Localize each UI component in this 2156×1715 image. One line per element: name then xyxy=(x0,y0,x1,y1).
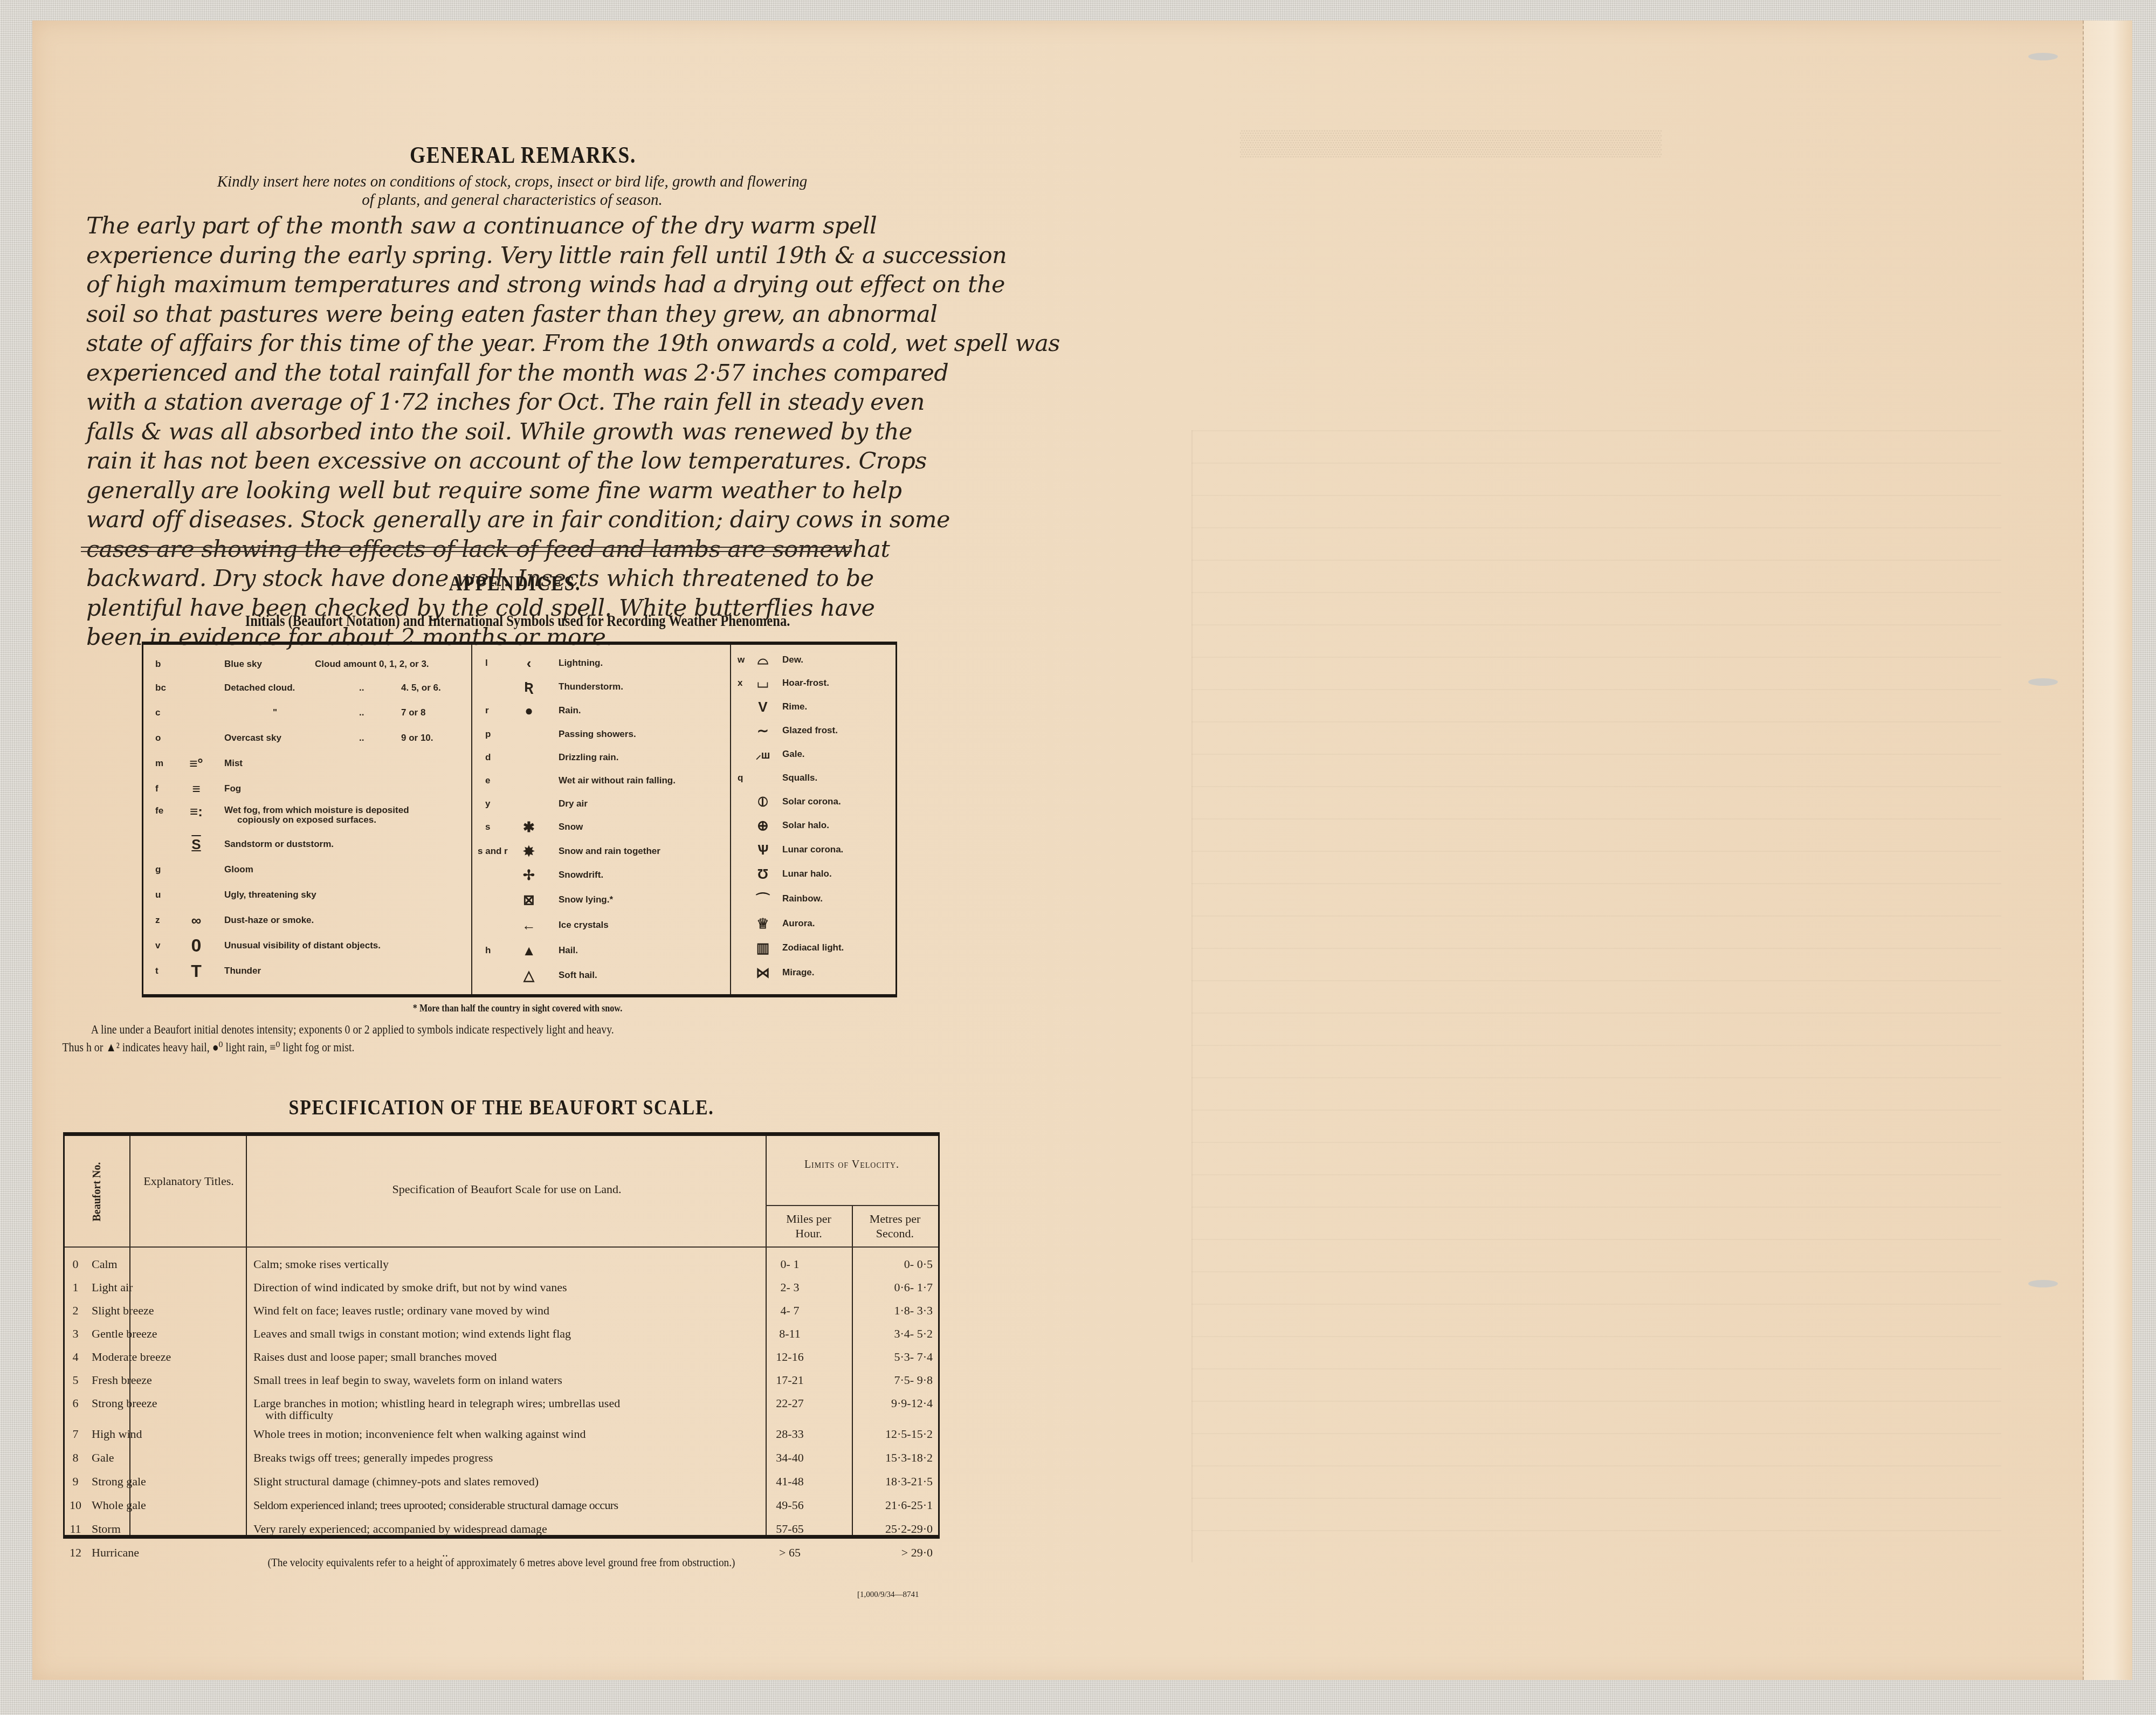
symbol-initial: v xyxy=(155,940,160,951)
remarks-line: soil so that pastures were being eaten f… xyxy=(86,300,1100,329)
symbol-row: q Squalls. xyxy=(731,767,895,789)
beaufort-ms: 1·8- 3·3 xyxy=(836,1304,933,1318)
beaufort-ms: 3·4- 5·2 xyxy=(836,1327,933,1341)
remarks-line: The early part of the month saw a contin… xyxy=(86,211,1100,241)
beaufort-spec: Direction of wind indicated by smoke dri… xyxy=(253,1280,567,1294)
perforated-edge xyxy=(2083,20,2132,1680)
thunderstorm-icon: Ʀ xyxy=(515,679,542,695)
symbol-row: y Dry air xyxy=(472,793,731,815)
symbol-desc: Sandstorm or duststorm. xyxy=(224,839,334,850)
beaufort-number: 12 xyxy=(65,1546,86,1560)
symbol-row: u Ugly, threatening sky xyxy=(143,884,471,906)
beaufort-title-cell: Slight breeze xyxy=(92,1304,154,1318)
beaufort-mph: 34-40 xyxy=(755,1451,825,1465)
remarks-line: falls & was all absorbed into the soil. … xyxy=(86,417,1100,447)
symbol-row: ▥ Zodiacal light. xyxy=(731,937,895,959)
beaufort-mph: 22-27 xyxy=(755,1396,825,1410)
symbol-initial: s and r xyxy=(478,846,508,857)
symbol-row: e Wet air without rain falling. xyxy=(472,770,731,791)
symbol-initial: fe xyxy=(155,805,163,816)
symbol-row: h ▲ Hail. xyxy=(472,940,731,961)
symbol-initial: d xyxy=(485,752,491,763)
beaufort-title-cell: High wind xyxy=(92,1427,142,1441)
symbol-desc: Dust-haze or smoke. xyxy=(224,915,314,926)
mist-icon: ≡° xyxy=(180,755,212,772)
symbol-initial: t xyxy=(155,966,159,976)
rime-icon: V xyxy=(749,699,776,715)
ice-crystals-icon: ← xyxy=(515,917,542,934)
beaufort-title-cell: Storm xyxy=(92,1522,121,1536)
beaufort-row: 3 Gentle breeze Leaves and small twigs i… xyxy=(65,1327,938,1351)
symbol-desc: Solar halo. xyxy=(782,820,829,831)
header-explanatory-titles: Explanatory Titles. xyxy=(143,1174,235,1188)
symbol-initial: w xyxy=(738,655,745,665)
symbol-row: z ∞ Dust-haze or smoke. xyxy=(143,910,471,931)
beaufort-ms: 12·5-15·2 xyxy=(836,1427,933,1441)
symbol-row: △ Soft hail. xyxy=(472,965,731,986)
general-remarks-title: GENERAL REMARKS. xyxy=(317,141,729,169)
symbol-desc: Snow lying.* xyxy=(559,894,613,905)
beaufort-row: 4 Moderate breeze Raises dust and loose … xyxy=(65,1350,938,1374)
beaufort-ms: 7·5- 9·8 xyxy=(836,1373,933,1387)
symbol-desc: Glazed frost. xyxy=(782,725,838,736)
symbol-desc: Snow xyxy=(559,822,583,832)
symbol-desc: Passing showers. xyxy=(559,729,636,740)
header-divider xyxy=(65,1246,938,1248)
beaufort-spec: Calm; smoke rises vertically xyxy=(253,1257,389,1271)
symbol-desc: Lunar halo. xyxy=(782,869,832,879)
ditto-mark: .. xyxy=(359,733,364,743)
symbol-initial: q xyxy=(738,773,743,783)
symbol-row: ♕ Aurora. xyxy=(731,913,895,934)
ditto-mark: .. xyxy=(359,707,364,718)
beaufort-ms: 18·3-21·5 xyxy=(836,1475,933,1489)
intensity-note-line1: A line under a Beaufort initial denotes … xyxy=(54,1023,614,1036)
remarks-line: experience during the early spring. Very… xyxy=(86,241,1100,271)
hail-icon: ▲ xyxy=(515,942,542,959)
symbol-desc: Thunder xyxy=(224,966,261,976)
solar-corona-icon: ⦶ xyxy=(749,793,776,810)
weather-symbols-table: b Blue sky Cloud amount 0, 1, 2, or 3. b… xyxy=(142,642,897,997)
symbol-row: x ⌴ Hoar-frost. xyxy=(731,672,895,694)
thunder-icon: T xyxy=(180,961,212,981)
symbol-desc: Dry air xyxy=(559,798,588,809)
symbol-row: ⊕ Solar halo. xyxy=(731,815,895,836)
beaufort-spec: Seldom experienced inland; trees uproote… xyxy=(253,1498,618,1512)
beaufort-row: 6 Strong breeze Large branches in motion… xyxy=(65,1396,938,1430)
visibility-icon: 0 xyxy=(180,935,212,956)
snow-rain-icon: ✸ xyxy=(515,843,542,860)
beaufort-spec: Very rarely experienced; accompanied by … xyxy=(253,1522,547,1536)
symbol-desc: Zodiacal light. xyxy=(782,942,844,953)
remarks-line: state of affairs for this time of the ye… xyxy=(86,329,1100,359)
beaufort-mph: 12-16 xyxy=(755,1350,825,1364)
remarks-line: experienced and the total rainfall for t… xyxy=(86,359,1100,388)
print-code: [1,000/9/34—8741 xyxy=(857,1590,919,1600)
intensity-note: A line under a Beaufort initial denotes … xyxy=(54,1021,842,1056)
dust-haze-icon: ∞ xyxy=(180,912,212,929)
symbol-initial: o xyxy=(155,733,161,743)
beaufort-spec: Whole trees in motion; inconvenience fel… xyxy=(253,1427,586,1441)
punch-hole xyxy=(2028,1280,2058,1287)
symbol-desc: Mist xyxy=(224,758,243,769)
cloud-amount-label: Cloud amount 0, 1, 2, or 3. xyxy=(315,659,429,670)
beaufort-mph: 17-21 xyxy=(755,1373,825,1387)
beaufort-ms: 5·3- 7·4 xyxy=(836,1350,933,1364)
beaufort-spec: Small trees in leaf begin to sway, wavel… xyxy=(253,1373,562,1387)
punch-hole xyxy=(2028,678,2058,686)
symbol-desc: Rime. xyxy=(782,701,807,712)
header-ms: Metres per Second. xyxy=(857,1211,933,1241)
symbol-row: f ≡ Fog xyxy=(143,778,471,800)
beaufort-number: 11 xyxy=(65,1522,86,1536)
rain-icon: ● xyxy=(515,702,542,719)
aurora-icon: ♕ xyxy=(749,915,776,932)
beaufort-number: 9 xyxy=(65,1475,86,1489)
beaufort-table: Beaufort No. Explanatory Titles. Specifi… xyxy=(63,1132,940,1539)
bleed-through-heading: ▒▒▒▒▒▒▒▒▒▒▒▒▒▒▒▒▒▒▒▒▒▒▒▒ xyxy=(1240,128,1662,157)
symbol-desc: Snow and rain together xyxy=(559,846,660,857)
symbol-desc: Rainbow. xyxy=(782,893,823,904)
beaufort-mph: 8-11 xyxy=(755,1327,825,1341)
symbol-desc: Hail. xyxy=(559,945,578,956)
symbol-desc: Thunderstorm. xyxy=(559,681,623,692)
snowdrift-icon: ✢ xyxy=(515,867,542,884)
header-beaufort-no: Beaufort No. xyxy=(90,1149,105,1235)
beaufort-ms: 0- 0·5 xyxy=(836,1257,933,1271)
mirage-icon: ⋈ xyxy=(749,965,776,981)
header-limits-of-velocity: Limits of Velocity. xyxy=(766,1158,938,1172)
symbol-row: bc Detached cloud. .. 4. 5, or 6. xyxy=(143,677,471,699)
symbol-desc: Detached cloud. xyxy=(224,683,295,693)
symbol-row: ∼ Glazed frost. xyxy=(731,720,895,741)
symbol-row: g Gloom xyxy=(143,859,471,880)
symbol-row: Ʊ Lunar halo. xyxy=(731,863,895,885)
symbol-row: c " .. 7 or 8 xyxy=(143,702,471,724)
beaufort-number: 3 xyxy=(65,1327,86,1341)
beaufort-spec: Slight structural damage (chimney-pots a… xyxy=(253,1475,539,1489)
symbol-initial: b xyxy=(155,659,161,670)
symbol-row: s ✱ Snow xyxy=(472,816,731,838)
symbol-initial: x xyxy=(738,678,742,688)
symbol-row: d Drizzling rain. xyxy=(472,747,731,768)
intensity-note-line2: Thus h or ▲² indicates heavy hail, ●⁰ li… xyxy=(54,1041,354,1054)
symbol-row: ⊠ Snow lying.* xyxy=(472,889,731,911)
beaufort-number: 4 xyxy=(65,1350,86,1364)
beaufort-title-cell: Strong breeze xyxy=(92,1396,157,1410)
symbol-row: p Passing showers. xyxy=(472,724,731,745)
beaufort-title-cell: Gentle breeze xyxy=(92,1327,157,1341)
beaufort-title-cell: Hurricane xyxy=(92,1546,139,1560)
cloud-amount: 7 or 8 xyxy=(401,707,425,718)
symbol-row: v 0 Unusual visibility of distant object… xyxy=(143,935,471,956)
beaufort-mph: 57-65 xyxy=(755,1522,825,1536)
instruction-line-2: of plants, and general characteristics o… xyxy=(362,191,662,209)
symbol-initial: l xyxy=(485,658,488,669)
beaufort-number: 0 xyxy=(65,1257,86,1271)
symbol-desc: Gale. xyxy=(782,749,805,760)
symbol-initial: m xyxy=(155,758,163,769)
symbol-desc: Ugly, threatening sky xyxy=(224,890,316,900)
general-remarks-instruction: Kindly insert here notes on conditions o… xyxy=(108,173,917,209)
symbol-desc: Blue sky xyxy=(224,659,262,670)
solar-halo-icon: ⊕ xyxy=(749,817,776,834)
snow-lying-icon: ⊠ xyxy=(515,892,542,908)
beaufort-ms: 0·6- 1·7 xyxy=(836,1280,933,1294)
snow-icon: ✱ xyxy=(515,819,542,836)
remarks-line: ward off diseases. Stock generally are i… xyxy=(86,505,1100,535)
instruction-line-1: Kindly insert here notes on conditions o… xyxy=(217,173,807,190)
symbol-desc: Ice crystals xyxy=(559,920,609,931)
symbol-row: ⋈ Mirage. xyxy=(731,962,895,983)
beaufort-row: 0 Calm Calm; smoke rises vertically 0- 1… xyxy=(65,1257,938,1281)
symbol-row: r ● Rain. xyxy=(472,700,731,721)
symbol-initial: r xyxy=(485,705,489,716)
beaufort-number: 7 xyxy=(65,1427,86,1441)
symbol-desc: Lightning. xyxy=(559,658,603,669)
symbol-desc-line1: Wet fog, from which moisture is deposite… xyxy=(224,805,409,815)
beaufort-spec: Leaves and small twigs in constant motio… xyxy=(253,1327,571,1341)
remarks-line: generally are looking well but require s… xyxy=(86,476,1100,506)
remarks-line: of high maximum temperatures and strong … xyxy=(86,270,1100,300)
beaufort-ms: 25·2-29·0 xyxy=(836,1522,933,1536)
header-mph: Miles per Hour. xyxy=(776,1211,841,1241)
symbol-row: Ʀ Thunderstorm. xyxy=(472,676,731,698)
symbol-desc: Overcast sky xyxy=(224,733,281,743)
beaufort-row: 1 Light air Direction of wind indicated … xyxy=(65,1280,938,1304)
symbol-desc: Rain. xyxy=(559,705,581,716)
symbols-column-1: b Blue sky Cloud amount 0, 1, 2, or 3. b… xyxy=(143,645,471,994)
symbol-row: o Overcast sky .. 9 or 10. xyxy=(143,727,471,749)
symbol-desc: Snowdrift. xyxy=(559,870,603,880)
lunar-corona-icon: Ѱ xyxy=(749,842,776,858)
glazed-frost-icon: ∼ xyxy=(749,722,776,739)
beaufort-title-cell: Strong gale xyxy=(92,1475,146,1489)
symbol-initial: s xyxy=(485,822,490,832)
lightning-icon: ‹ xyxy=(515,655,542,672)
symbol-row: m ≡° Mist xyxy=(143,753,471,774)
beaufort-title-cell: Gale xyxy=(92,1451,114,1465)
beaufort-row: 7 High wind Whole trees in motion; incon… xyxy=(65,1427,938,1451)
hoar-frost-icon: ⌴ xyxy=(749,674,776,692)
symbol-row: w ⌓ Dew. xyxy=(731,649,895,671)
beaufort-number: 10 xyxy=(65,1498,86,1512)
symbol-initial: e xyxy=(485,775,490,786)
symbol-row: t T Thunder xyxy=(143,960,471,982)
symbol-initial: h xyxy=(485,945,491,956)
symbol-row: ⦶ Solar corona. xyxy=(731,791,895,812)
wet-fog-icon: ≡: xyxy=(180,803,212,820)
symbols-column-2: l ‹ Lightning. Ʀ Thunderstorm. r ● Rain.… xyxy=(471,645,731,994)
snow-footnote: * More than half the country in sight co… xyxy=(307,1003,728,1015)
remarks-line: with a station average of 1·72 inches fo… xyxy=(86,388,1100,417)
beaufort-title: SPECIFICATION OF THE BEAUFORT SCALE. xyxy=(226,1094,776,1120)
symbol-initial: c xyxy=(155,707,160,718)
beaufort-title-cell: Whole gale xyxy=(92,1498,146,1512)
symbol-row: ✢ Snowdrift. xyxy=(472,864,731,886)
punch-hole xyxy=(2028,53,2058,60)
symbol-desc: Mirage. xyxy=(782,967,815,978)
symbol-desc: Drizzling rain. xyxy=(559,752,618,763)
beaufort-row: 11 Storm Very rarely experienced; accomp… xyxy=(65,1522,938,1546)
beaufort-spec: Raises dust and loose paper; small branc… xyxy=(253,1350,497,1364)
beaufort-mph: 28-33 xyxy=(755,1427,825,1441)
beaufort-spec: Wind felt on face; leaves rustle; ordina… xyxy=(253,1304,549,1318)
symbol-desc: Hoar-frost. xyxy=(782,678,829,688)
beaufort-mph: 2- 3 xyxy=(755,1280,825,1294)
appendices-title: APPENDICES. xyxy=(366,570,664,596)
beaufort-title-cell: Moderate breeze xyxy=(92,1350,171,1364)
symbol-row: ⸝ш Gale. xyxy=(731,743,895,765)
bleed-through-table xyxy=(1191,430,2001,1562)
symbol-initial: f xyxy=(155,783,159,794)
symbol-desc-line2: copiously on exposed surfaces. xyxy=(224,815,376,825)
ditto-mark: .. xyxy=(359,683,364,693)
symbol-row: fe ≡: Wet fog, from which moisture is de… xyxy=(143,803,471,831)
symbol-desc: Squalls. xyxy=(782,773,817,783)
beaufort-row: 9 Strong gale Slight structural damage (… xyxy=(65,1475,938,1498)
symbol-desc: Soft hail. xyxy=(559,970,597,981)
symbol-desc: Dew. xyxy=(782,655,803,665)
beaufort-mph: 4- 7 xyxy=(755,1304,825,1318)
symbols-column-3: w ⌓ Dew. x ⌴ Hoar-frost. V Rime. ∼ Glaze… xyxy=(730,645,895,994)
beaufort-row: 8 Gale Breaks twigs off trees; generally… xyxy=(65,1451,938,1475)
symbol-desc: Fog xyxy=(224,783,241,794)
beaufort-title-cell: Fresh breeze xyxy=(92,1373,152,1387)
beaufort-title-cell: Light air xyxy=(92,1280,133,1294)
row-divider xyxy=(766,1205,938,1206)
beaufort-row: 10 Whole gale Seldom experienced inland;… xyxy=(65,1498,938,1522)
beaufort-number: 2 xyxy=(65,1304,86,1318)
rainbow-icon: ⌒ xyxy=(749,889,776,909)
symbol-desc: Unusual visibility of distant objects. xyxy=(224,940,381,951)
symbol-row: l ‹ Lightning. xyxy=(472,652,731,674)
beaufort-row: 5 Fresh breeze Small trees in leaf begin… xyxy=(65,1373,938,1397)
beaufort-number: 8 xyxy=(65,1451,86,1465)
symbol-desc: " xyxy=(273,707,277,718)
symbol-row: Ѱ Lunar corona. xyxy=(731,839,895,860)
beaufort-number: 1 xyxy=(65,1280,86,1294)
velocity-footnote: (The velocity equivalents refer to a hei… xyxy=(146,1555,857,1569)
beaufort-ms: 9·9-12·4 xyxy=(836,1396,933,1410)
symbol-row: ← Ice crystals xyxy=(472,914,731,936)
beaufort-ms: 21·6-25·1 xyxy=(836,1498,933,1512)
beaufort-ms: 15·3-18·2 xyxy=(836,1451,933,1465)
symbol-initial: z xyxy=(155,915,160,926)
beaufort-row: 2 Slight breeze Wind felt on face; leave… xyxy=(65,1304,938,1327)
symbol-initial: bc xyxy=(155,683,166,693)
beaufort-mph: 0- 1 xyxy=(755,1257,825,1271)
beaufort-mph: 41-48 xyxy=(755,1475,825,1489)
dew-icon: ⌓ xyxy=(749,651,776,669)
fog-icon: ≡ xyxy=(180,781,212,797)
beaufort-title-cell: Calm xyxy=(92,1257,118,1271)
remarks-rule xyxy=(81,547,852,552)
symbol-row: S Sandstorm or duststorm. xyxy=(143,834,471,855)
symbol-row: b Blue sky Cloud amount 0, 1, 2, or 3. xyxy=(143,653,471,675)
symbol-desc: Lunar corona. xyxy=(782,844,843,855)
lunar-halo-icon: Ʊ xyxy=(749,866,776,883)
sandstorm-icon: S xyxy=(180,836,212,853)
symbol-row: V Rime. xyxy=(731,696,895,718)
beaufort-mph: 49-56 xyxy=(755,1498,825,1512)
symbol-row: s and r ✸ Snow and rain together xyxy=(472,841,731,862)
symbol-desc: Solar corona. xyxy=(782,796,841,807)
symbol-row: ⌒ Rainbow. xyxy=(731,888,895,910)
cloud-amount: 9 or 10. xyxy=(401,733,433,743)
symbol-desc: Gloom xyxy=(224,864,253,875)
symbol-desc: Aurora. xyxy=(782,918,815,929)
symbol-initial: u xyxy=(155,890,161,900)
beaufort-spec-continued: with difficulty xyxy=(265,1408,333,1422)
symbol-initial: y xyxy=(485,798,490,809)
symbol-desc: Wet fog, from which moisture is deposite… xyxy=(224,805,409,825)
appendices-subtitle: Initials (Beaufort Notation) and Interna… xyxy=(190,612,845,630)
remarks-line: rain it has not been excessive on accoun… xyxy=(86,446,1100,476)
zodiacal-light-icon: ▥ xyxy=(749,940,776,956)
symbol-initial: g xyxy=(155,864,161,875)
beaufort-number: 6 xyxy=(65,1396,86,1410)
header-specification: Specification of Beaufort Scale for use … xyxy=(248,1182,766,1196)
symbol-desc: Wet air without rain falling. xyxy=(559,775,676,786)
beaufort-number: 5 xyxy=(65,1373,86,1387)
cloud-amount: 4. 5, or 6. xyxy=(401,683,441,693)
soft-hail-icon: △ xyxy=(515,967,542,984)
beaufort-spec: Breaks twigs off trees; generally impede… xyxy=(253,1451,493,1465)
symbol-initial: p xyxy=(485,729,491,740)
gale-icon: ⸝ш xyxy=(749,747,776,762)
